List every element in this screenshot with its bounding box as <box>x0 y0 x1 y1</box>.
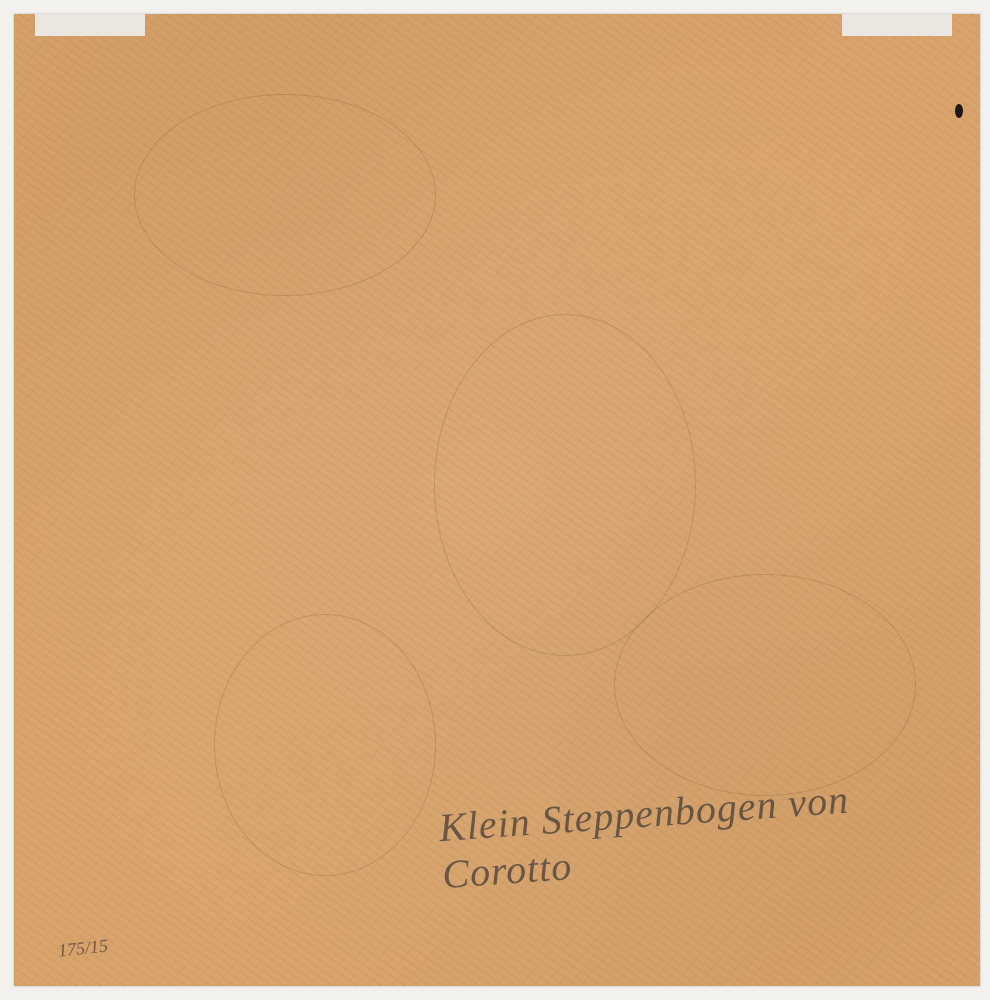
sketch-trace <box>134 94 436 296</box>
tape-strip-right <box>842 14 952 36</box>
paper-hole <box>955 104 963 118</box>
sketch-trace <box>214 614 436 876</box>
tape-strip-left <box>35 14 145 36</box>
sketch-trace <box>614 574 916 796</box>
sketch-trace <box>434 314 696 656</box>
